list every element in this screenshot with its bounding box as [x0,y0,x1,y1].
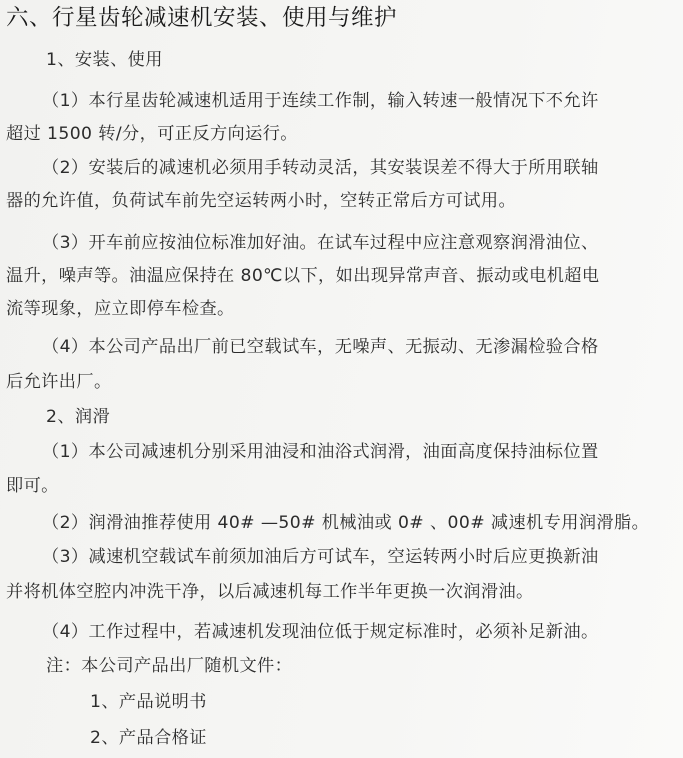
paragraph-line: （3）减速机空载试车前须加油后方可试车，空运转两小时后应更换新油 [42,545,599,569]
paragraph-line: （2）润滑油推荐使用 40# —50# 机械油或 0# 、00# 减速机专用润滑… [42,511,649,535]
note-item: 2、产品合格证 [90,726,207,750]
note-label: 注：本公司产品出厂随机文件： [46,654,292,678]
document-page: 六、行星齿轮减速机安装、使用与维护 1、安装、使用 （1）本行星齿轮减速机适用于… [0,0,683,758]
note-item: 1、产品说明书 [90,690,207,714]
paragraph-line: （4）工作过程中，若减速机发现油位低于规定标准时，必须补足新油。 [42,620,599,644]
paragraph-line: （1）本公司减速机分别采用油浸和油浴式润滑，油面高度保持油标位置 [42,440,599,464]
paragraph-line: 器的允许值，负荷试车前先空运转两小时，空转正常后方可试用。 [6,189,516,213]
paragraph-line: 流等现象，应立即停车检查。 [6,297,235,321]
paragraph-line: 并将机体空腔内冲洗干净，以后减速机每工作半年更换一次润滑油。 [6,580,534,604]
paragraph-line: （4）本公司产品出厂前已空载试车，无噪声、无振动、无渗漏检验合格 [42,335,599,359]
paragraph-line: 后允许出厂。 [6,370,112,394]
section-heading-install: 1、安装、使用 [46,48,163,72]
section-heading-lubrication: 2、润滑 [46,405,110,429]
paragraph-line: 即可。 [6,474,59,498]
paragraph-line: 超过 1500 转/分，可正反方向运行。 [6,122,298,146]
paragraph-line: 温升，噪声等。油温应保持在 80℃以下，如出现异常声音、振动或电机超电 [6,264,599,288]
paragraph-line: （3）开车前应按油位标准加好油。在试车过程中应注意观察润滑油位、 [42,231,599,255]
paragraph-line: （1）本行星齿轮减速机适用于连续工作制，输入转速一般情况下不允许 [42,89,599,113]
page-title: 六、行星齿轮减速机安装、使用与维护 [6,2,397,34]
paragraph-line: （2）安装后的减速机必须用手转动灵活，其安装误差不得大于所用联轴 [42,156,599,180]
